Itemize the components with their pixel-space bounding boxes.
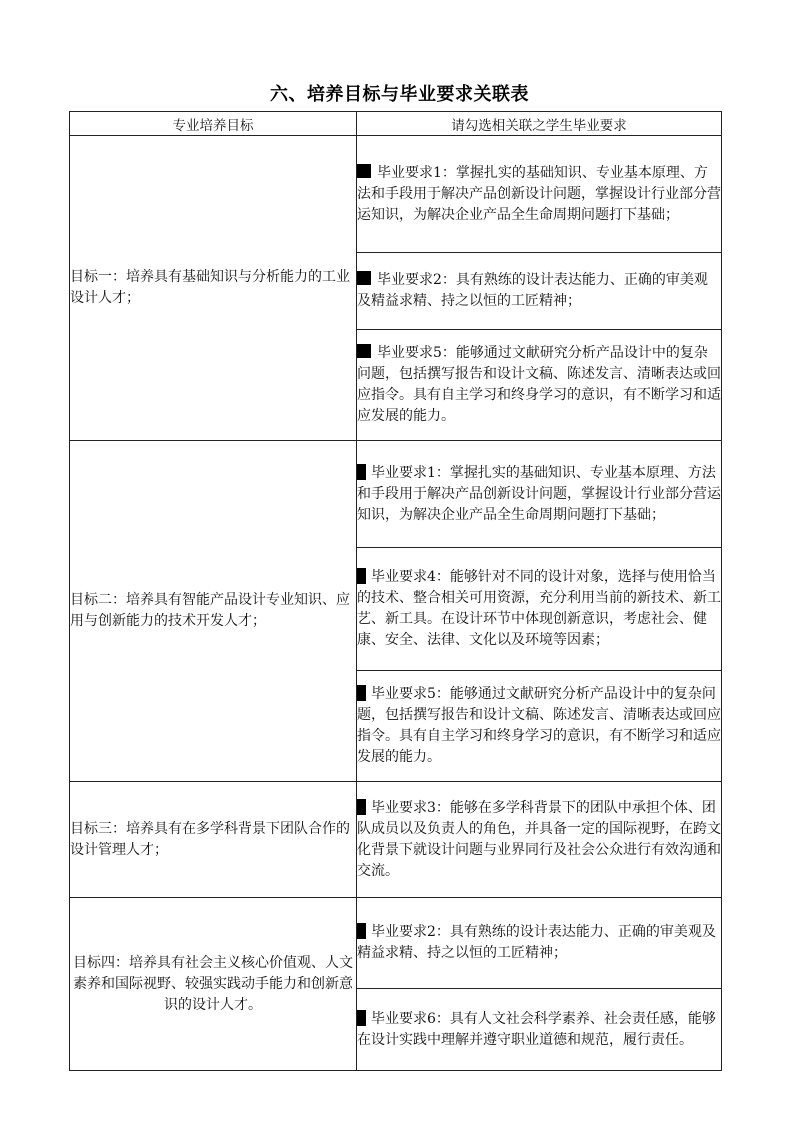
checked-checkbox-icon[interactable] <box>357 568 366 584</box>
table-row: 目标四：培养具有社会主义核心价值观、人文素养和国际视野、较强实践动手能力和创新意… <box>70 898 722 989</box>
table-row: 目标二：培养具有智能产品设计专业知识、应用与创新能力的技术开发人才； 毕业要求1… <box>70 441 722 548</box>
requirement-text: 毕业要求5：能够通过文献研究分析产品设计中的复杂问题，包括撰写报告和设计文稿、陈… <box>357 686 721 765</box>
goal-2: 目标二：培养具有智能产品设计专业知识、应用与创新能力的技术开发人才； <box>70 441 357 782</box>
requirement-cell: 毕业要求6：具有人文社会科学素养、社会责任感，能够在设计实践中理解并遵守职业道德… <box>357 989 722 1071</box>
goal-4: 目标四：培养具有社会主义核心价值观、人文素养和国际视野、较强实践动手能力和创新意… <box>70 898 357 1071</box>
page-title: 六、培养目标与毕业要求关联表 <box>0 80 799 106</box>
goal-3: 目标三：培养具有在多学科背景下团队合作的设计管理人才； <box>70 782 357 898</box>
requirement-text: 毕业要求1：掌握扎实的基础知识、专业基本原理、方法和手段用于解决产品创新设计问题… <box>357 465 721 523</box>
header-requirements: 请勾选相关联之学生毕业要求 <box>357 112 722 136</box>
goal-1: 目标一：培养具有基础知识与分析能力的工业设计人才； <box>70 136 357 441</box>
requirement-text: 毕业要求2：具有熟练的设计表达能力、正确的审美观及精益求精、持之以恒的工匠精神； <box>357 272 708 309</box>
requirement-cell: 毕业要求2：具有熟练的设计表达能力、正确的审美观及精益求精、持之以恒的工匠精神； <box>357 253 722 330</box>
requirement-cell: 毕业要求5：能够通过文献研究分析产品设计中的复杂问题，包括撰写报告和设计文稿、陈… <box>357 671 722 782</box>
header-goals: 专业培养目标 <box>70 112 357 136</box>
requirement-cell: 毕业要求1：掌握扎实的基础知识、专业基本原理、方法和手段用于解决产品创新设计问题… <box>357 441 722 548</box>
requirement-text: 毕业要求2：具有熟练的设计表达能力、正确的审美观及精益求精、持之以恒的工匠精神； <box>357 924 716 961</box>
table-header-row: 专业培养目标 请勾选相关联之学生毕业要求 <box>70 112 722 136</box>
requirement-text: 毕业要求1：掌握扎实的基础知识、专业基本原理、方法和手段用于解决产品创新设计问题… <box>357 165 721 223</box>
requirement-cell: 毕业要求4：能够针对不同的设计对象，选择与使用恰当的技术、整合相关可用资源，充分… <box>357 548 722 671</box>
checked-checkbox-icon[interactable] <box>357 799 366 815</box>
goals-requirements-table: 专业培养目标 请勾选相关联之学生毕业要求 目标一：培养具有基础知识与分析能力的工… <box>69 111 722 1071</box>
requirement-text: 毕业要求5：能够通过文献研究分析产品设计中的复杂问题，包括撰写报告和设计文稿、陈… <box>357 345 721 424</box>
requirement-text: 毕业要求4：能够针对不同的设计对象，选择与使用恰当的技术、整合相关可用资源，充分… <box>357 569 721 648</box>
checked-checkbox-icon[interactable] <box>357 271 371 285</box>
requirement-cell: 毕业要求3：能够在多学科背景下的团队中承担个体、团队成员以及负责人的角色，并具备… <box>357 782 722 898</box>
requirement-text: 毕业要求6：具有人文社会科学素养、社会责任感，能够在设计实践中理解并遵守职业道德… <box>357 1011 716 1048</box>
checked-checkbox-icon[interactable] <box>357 685 366 701</box>
requirement-cell: 毕业要求2：具有熟练的设计表达能力、正确的审美观及精益求精、持之以恒的工匠精神； <box>357 898 722 989</box>
requirement-text: 毕业要求3：能够在多学科背景下的团队中承担个体、团队成员以及负责人的角色，并具备… <box>357 800 721 879</box>
checked-checkbox-icon[interactable] <box>357 164 371 178</box>
requirement-cell: 毕业要求5：能够通过文献研究分析产品设计中的复杂问题，包括撰写报告和设计文稿、陈… <box>357 330 722 441</box>
table-row: 目标一：培养具有基础知识与分析能力的工业设计人才； 毕业要求1：掌握扎实的基础知… <box>70 136 722 253</box>
checked-checkbox-icon[interactable] <box>357 1010 366 1026</box>
checked-checkbox-icon[interactable] <box>357 344 371 358</box>
checked-checkbox-icon[interactable] <box>357 923 366 939</box>
checked-checkbox-icon[interactable] <box>357 464 366 480</box>
requirement-cell: 毕业要求1：掌握扎实的基础知识、专业基本原理、方法和手段用于解决产品创新设计问题… <box>357 136 722 253</box>
table-row: 目标三：培养具有在多学科背景下团队合作的设计管理人才； 毕业要求3：能够在多学科… <box>70 782 722 898</box>
